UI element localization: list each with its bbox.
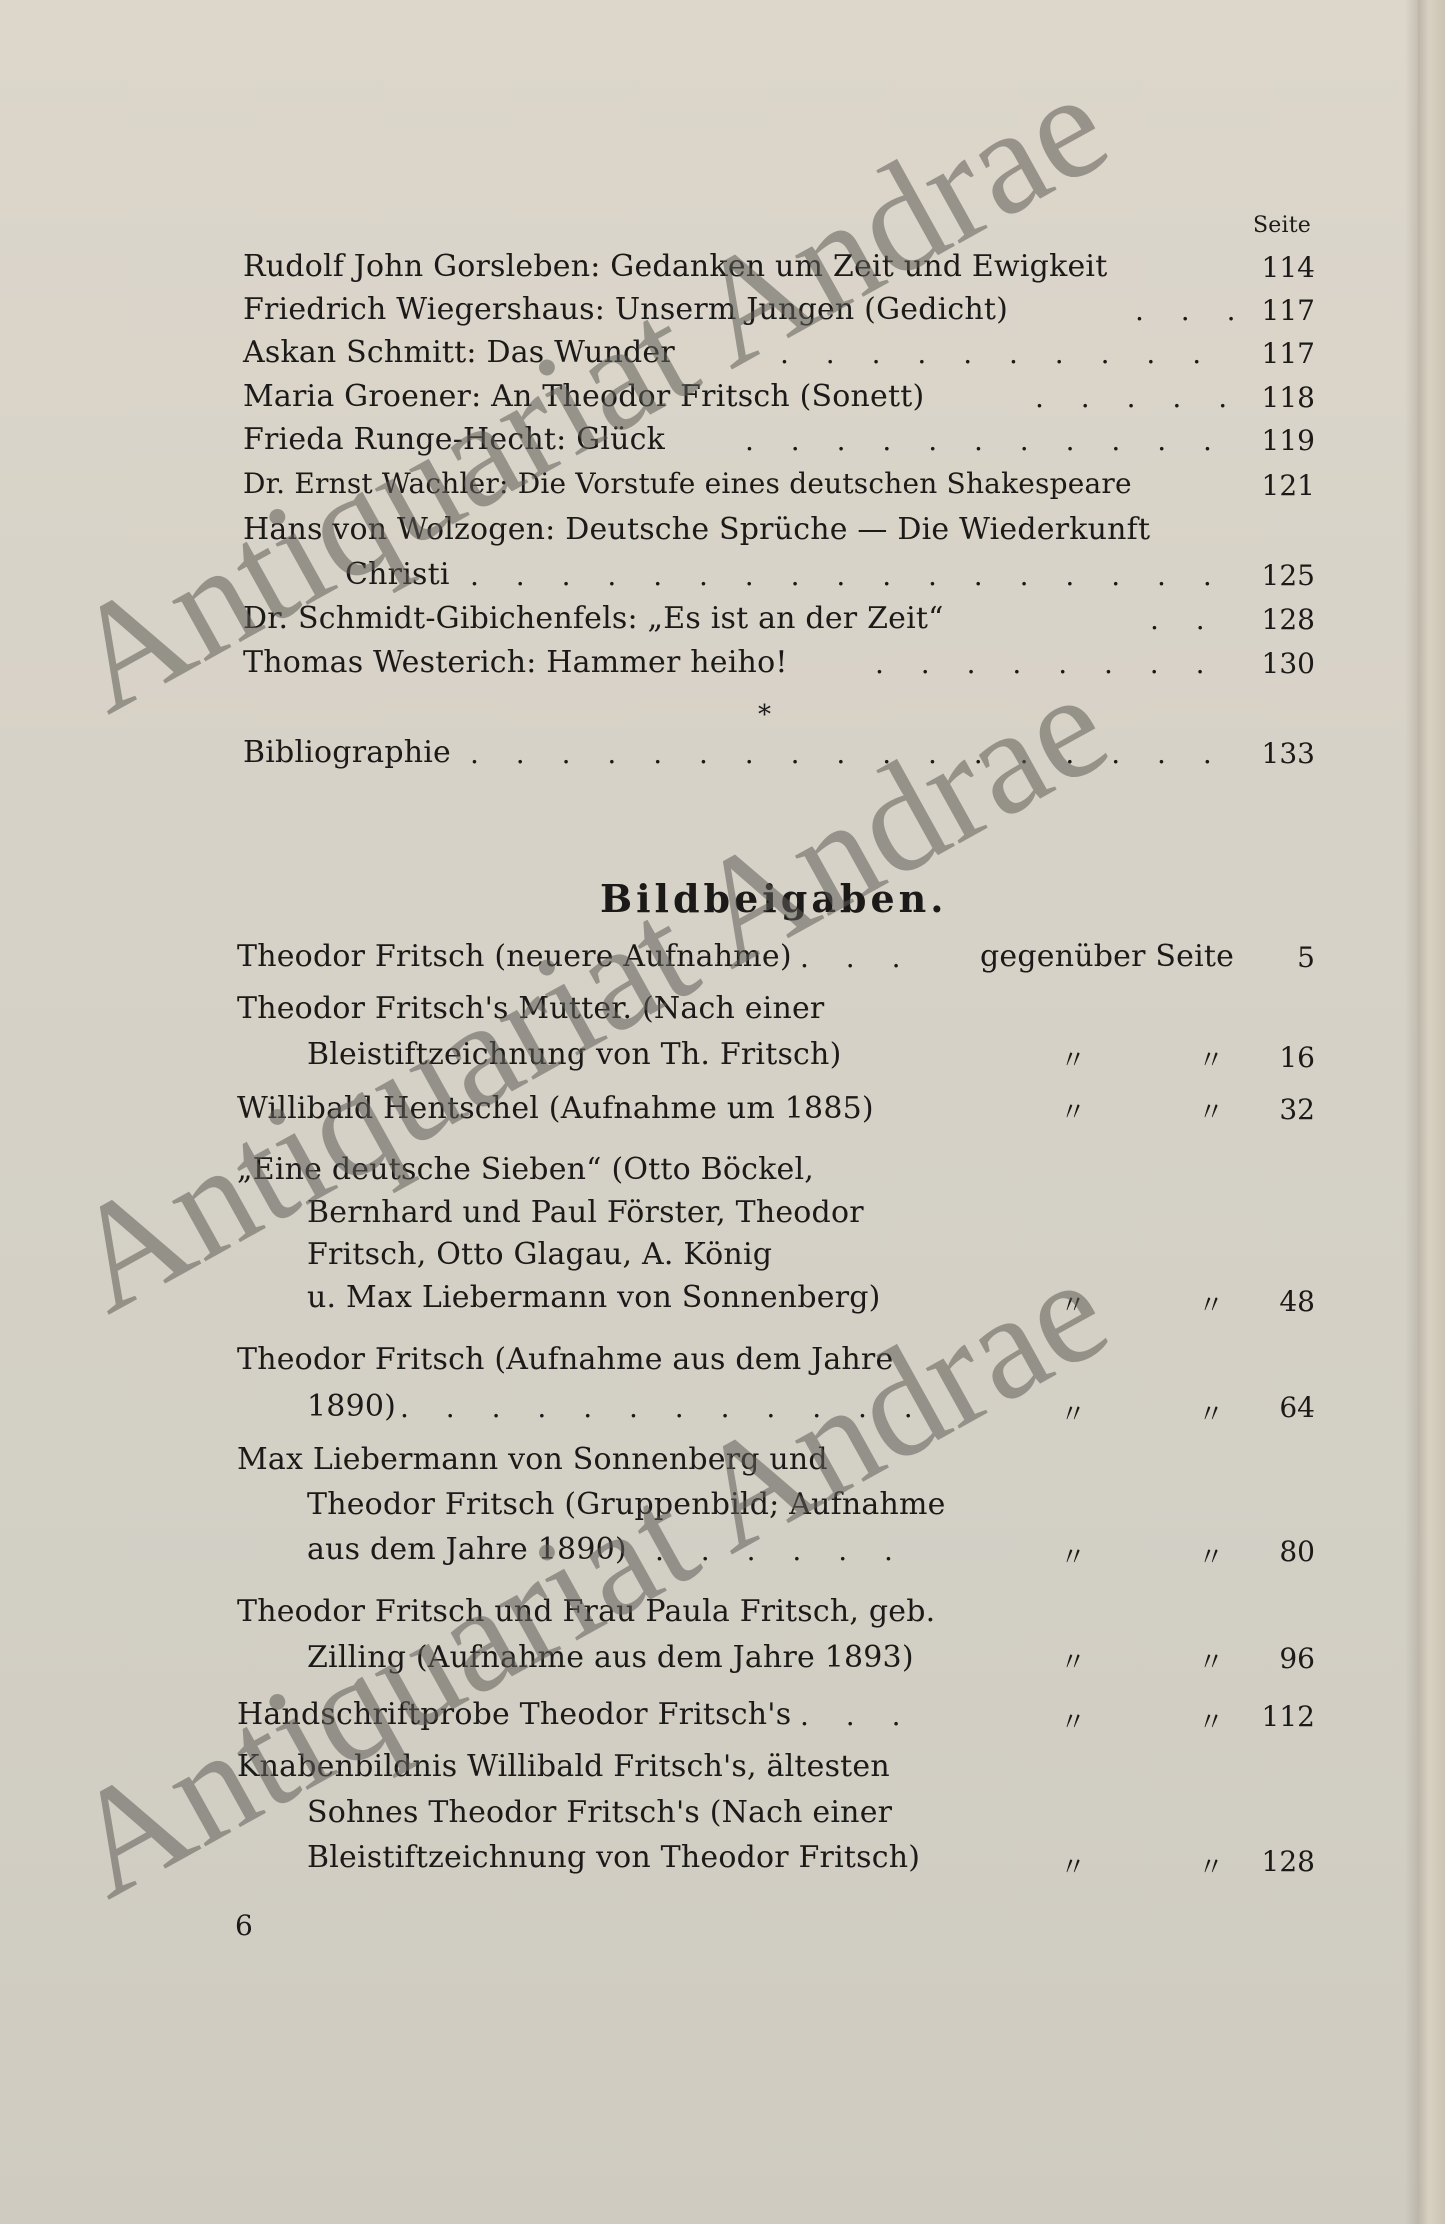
- entry-page: 114: [1255, 254, 1315, 282]
- entry-title: Frieda Runge-Hecht: Glück: [243, 425, 665, 455]
- dot-leader: . . . . . . . . . . . . . . . . . . . . …: [745, 427, 1235, 457]
- ditto-mark: 〃: [1198, 1710, 1224, 1736]
- entry-title-continued: Bernhard und Paul Förster, Theodor: [307, 1198, 864, 1228]
- entry-page: 48: [1255, 1288, 1315, 1316]
- entry-page: 117: [1255, 297, 1315, 325]
- entry-page: 117: [1255, 340, 1315, 368]
- entry-page: 121: [1255, 472, 1315, 500]
- entry-title-continued: Zilling (Aufnahme aus dem Jahre 1893): [307, 1643, 914, 1673]
- dot-leader: . . . . . . . . . . .: [1135, 297, 1235, 327]
- entry-title-continued: u. Max Liebermann von Sonnenberg): [307, 1283, 881, 1313]
- entry-title-continued: 1890): [307, 1392, 396, 1422]
- entry-title: Rudolf John Gorsleben: Gedanken um Zeit …: [243, 252, 1107, 282]
- entry-title-continued: Bleistiftzeichnung von Theodor Fritsch): [307, 1843, 920, 1873]
- entry-page: 80: [1255, 1538, 1315, 1566]
- entry-title: „Eine deutsche Sieben“ (Otto Böckel,: [237, 1155, 814, 1185]
- next-page-edge: [1418, 0, 1445, 2224]
- entry-page: 133: [1255, 740, 1315, 768]
- dot-leader: . . . . . .: [800, 1702, 928, 1732]
- ditto-mark: 〃: [1060, 1855, 1086, 1881]
- entry-page: 5: [1255, 944, 1315, 972]
- entry-title-continued: Theodor Fritsch (Gruppenbild; Aufnahme: [307, 1490, 946, 1520]
- dot-leader: . . . . . . . . . . . . . . . . . . . . …: [470, 562, 1235, 592]
- entry-page: 96: [1255, 1645, 1315, 1673]
- entry-title: Max Liebermann von Sonnenberg und: [237, 1445, 828, 1475]
- ditto-mark: 〃: [1198, 1100, 1224, 1126]
- entry-title-continued: Fritsch, Otto Glagau, A. König: [307, 1240, 772, 1270]
- dot-leader: . . . . . . . . . . . . . . . . . .: [655, 1537, 928, 1567]
- page-number: 6: [235, 1912, 253, 1940]
- entry-page: 118: [1255, 384, 1315, 412]
- entry-title: Willibald Hentschel (Aufnahme um 1885): [237, 1094, 874, 1124]
- entry-title-continued: Bleistiftzeichnung von Th. Fritsch): [307, 1040, 841, 1070]
- entry-page: 64: [1255, 1394, 1315, 1422]
- ditto-mark: 〃: [1198, 1048, 1224, 1074]
- entry-title: Friedrich Wiegershaus: Unserm Jungen (Ge…: [243, 295, 1008, 325]
- entry-page: 119: [1255, 427, 1315, 455]
- ditto-mark: 〃: [1198, 1293, 1224, 1319]
- ditto-mark: 〃: [1060, 1650, 1086, 1676]
- ditto-mark: 〃: [1060, 1545, 1086, 1571]
- section-title-bildbeigaben: Bildbeigaben.: [600, 880, 948, 918]
- dot-leader: . . . . . . . . .: [1150, 606, 1235, 636]
- section-separator-star: *: [758, 702, 771, 728]
- entry-title: Dr. Ernst Wachler: Die Vorstufe eines de…: [243, 470, 1132, 498]
- entry-page: 16: [1255, 1044, 1315, 1072]
- ditto-mark: 〃: [1060, 1293, 1086, 1319]
- entry-title: Askan Schmitt: Das Wunder: [243, 338, 675, 368]
- entry-title: Theodor Fritsch (neuere Aufnahme): [237, 942, 792, 972]
- ditto-mark: 〃: [1198, 1650, 1224, 1676]
- entry-page: 112: [1255, 1703, 1315, 1731]
- dot-leader: . . . . . . . . . . . . . . . . . . . . …: [780, 340, 1235, 370]
- dot-leader: . . . . . . . . . . . . . . . . . . . . …: [875, 650, 1235, 680]
- entry-page: 130: [1255, 650, 1315, 678]
- dot-leader: . . . . . . . . . . . . . . . . . . . . …: [470, 740, 1235, 770]
- entry-title: Knabenbildnis Willibald Fritsch's, ältes…: [237, 1752, 890, 1782]
- dot-leader: . . . . . .: [800, 944, 928, 974]
- entry-title: Theodor Fritsch (Aufnahme aus dem Jahre: [237, 1345, 893, 1375]
- entry-page: 32: [1255, 1096, 1315, 1124]
- entry-title: Dr. Schmidt-Gibichenfels: „Es ist an der…: [243, 604, 944, 634]
- ditto-mark: 〃: [1060, 1402, 1086, 1428]
- ditto-mark: 〃: [1198, 1402, 1224, 1428]
- entry-title: Theodor Fritsch und Frau Paula Fritsch, …: [237, 1597, 935, 1627]
- entry-title-continued: aus dem Jahre 1890): [307, 1535, 627, 1565]
- entry-title: Theodor Fritsch's Mutter. (Nach einer: [237, 994, 824, 1024]
- ditto-mark: 〃: [1060, 1048, 1086, 1074]
- dot-leader: . . . . . . . . . . . . . . . .: [1035, 384, 1235, 414]
- entry-title-continued: Sohnes Theodor Fritsch's (Nach einer: [307, 1798, 892, 1828]
- ditto-mark: 〃: [1060, 1100, 1086, 1126]
- entry-page: 128: [1255, 606, 1315, 634]
- ditto-mark: 〃: [1198, 1855, 1224, 1881]
- entry-title: Handschriftprobe Theodor Fritsch's: [237, 1700, 791, 1730]
- entry-title: Maria Groener: An Theodor Fritsch (Sonet…: [243, 382, 924, 412]
- dot-leader: . . . . . . . . . . . . . . . . . . . . …: [400, 1394, 928, 1424]
- entry-title: Thomas Westerich: Hammer heiho!: [243, 648, 788, 678]
- opposite-page-label: gegenüber Seite: [980, 942, 1234, 972]
- column-header-seite: Seite: [1253, 215, 1311, 237]
- entry-title: Hans von Wolzogen: Deutsche Sprüche — Di…: [243, 515, 1150, 545]
- entry-page: 128: [1255, 1848, 1315, 1876]
- page-gutter-shadow: [1405, 0, 1419, 2224]
- entry-title-continued: Christi: [345, 560, 450, 590]
- entry-page: 125: [1255, 562, 1315, 590]
- ditto-mark: 〃: [1060, 1710, 1086, 1736]
- entry-title: Bibliographie: [243, 738, 451, 768]
- ditto-mark: 〃: [1198, 1545, 1224, 1571]
